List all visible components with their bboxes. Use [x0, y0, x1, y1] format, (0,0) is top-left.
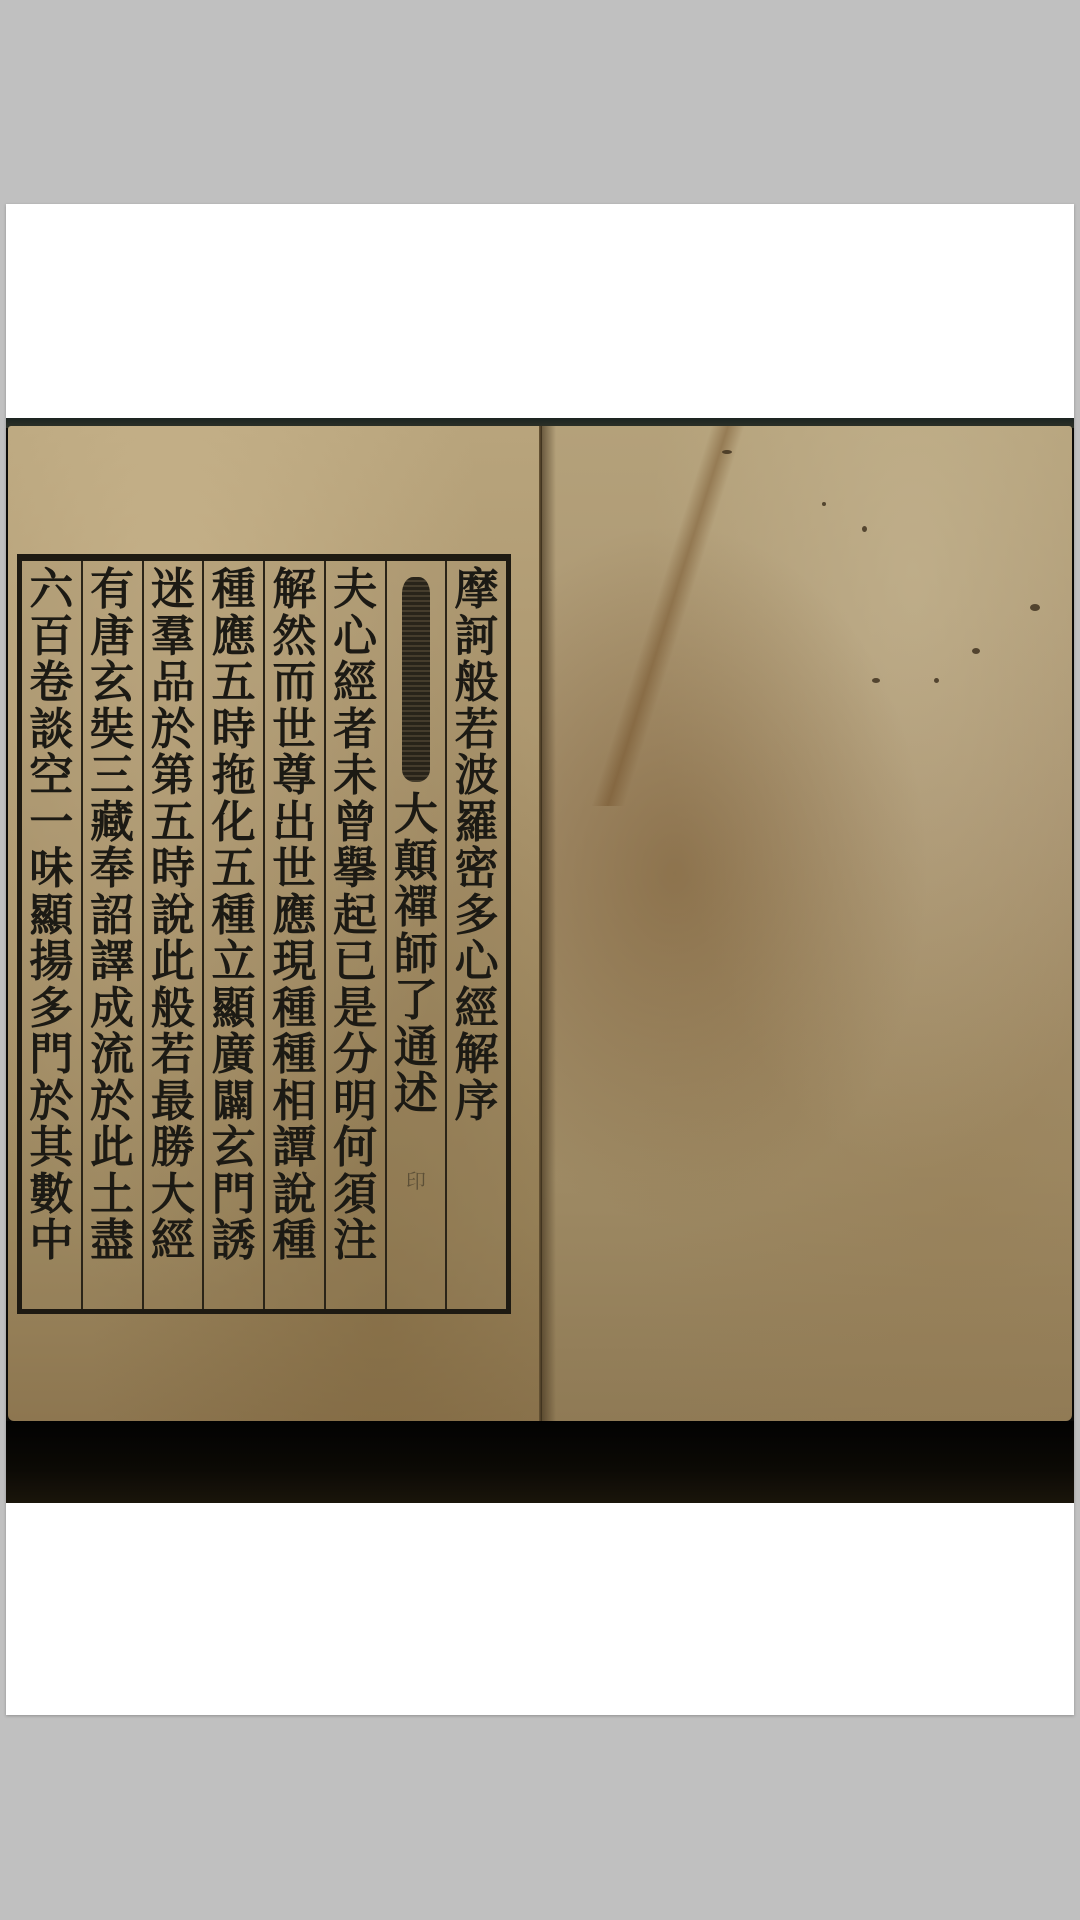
glyph: 未 [326, 753, 385, 800]
glyph: 玄 [204, 1125, 263, 1172]
glyph: 禪 [387, 885, 446, 932]
glyph: 心 [326, 614, 385, 661]
glyph: 經 [144, 1218, 203, 1265]
glyph: 說 [265, 1172, 324, 1219]
title-column: 摩訶般若波羅密多心經解序 [445, 561, 506, 1309]
glyph: 此 [83, 1125, 142, 1172]
glyph: 拖 [204, 753, 263, 800]
glyph: 經 [447, 986, 506, 1033]
body-column: 有唐玄奘三藏奉詔譯成流於此土盡 [81, 561, 142, 1309]
glyph: 已 [326, 939, 385, 986]
glyph: 夫 [326, 567, 385, 614]
left-page: 摩訶般若波羅密多心經解序 大顛禪師了通述印 夫心經者未曾擧起已是分明何須注 解然… [8, 426, 542, 1421]
glyph: 大 [387, 792, 446, 839]
gutter-shadow [542, 426, 556, 1421]
glyph: 六 [22, 567, 81, 614]
glyph: 揚 [22, 939, 81, 986]
glyph: 應 [265, 893, 324, 940]
glyph: 若 [447, 707, 506, 754]
right-page [542, 426, 1072, 1421]
glyph: 而 [265, 660, 324, 707]
glyph: 應 [204, 614, 263, 661]
glyph: 世 [265, 707, 324, 754]
glyph: 種 [204, 567, 263, 614]
glyph: 多 [447, 893, 506, 940]
glyph: 種 [204, 893, 263, 940]
glyph: 通 [387, 1025, 446, 1072]
glyph: 是 [326, 986, 385, 1033]
glyph: 譚 [265, 1125, 324, 1172]
glyph: 唐 [83, 614, 142, 661]
glyph: 羣 [144, 614, 203, 661]
glyph: 數 [22, 1172, 81, 1219]
glyph: 於 [144, 707, 203, 754]
glyph: 說 [144, 893, 203, 940]
body-column: 六百卷談空一味顯揚多門於其數中 [22, 561, 81, 1309]
glyph: 出 [265, 800, 324, 847]
glyph: 了 [387, 978, 446, 1025]
paper-speck [972, 648, 980, 654]
byline-column: 大顛禪師了通述印 [385, 561, 446, 1309]
glyph: 摩 [447, 567, 506, 614]
glyph: 此 [144, 939, 203, 986]
glyph: 中 [22, 1218, 81, 1265]
glyph: 迷 [144, 567, 203, 614]
glyph: 大 [144, 1172, 203, 1219]
glyph: 須 [326, 1172, 385, 1219]
glyph: 曾 [326, 800, 385, 847]
glyph: 心 [447, 939, 506, 986]
glyph: 勝 [144, 1125, 203, 1172]
glyph: 最 [144, 1079, 203, 1126]
glyph: 第 [144, 753, 203, 800]
body-column: 迷羣品於第五時說此般若最勝大經 [142, 561, 203, 1309]
glyph: 注 [326, 1218, 385, 1265]
glyph: 分 [326, 1032, 385, 1079]
image-card: 摩訶般若波羅密多心經解序 大顛禪師了通述印 夫心經者未曾擧起已是分明何須注 解然… [6, 204, 1074, 1715]
glyph: 述 [387, 1071, 446, 1118]
table-surface [6, 1421, 1074, 1503]
glyph: 三 [83, 753, 142, 800]
glyph: 玄 [83, 660, 142, 707]
glyph: 種 [265, 1032, 324, 1079]
fish-tail-ornament-icon [402, 577, 430, 782]
glyph: 品 [144, 660, 203, 707]
glyph: 羅 [447, 800, 506, 847]
glyph: 味 [22, 846, 81, 893]
paper-speck [862, 526, 867, 532]
water-stain [575, 426, 768, 806]
glyph: 解 [265, 567, 324, 614]
glyph: 卷 [22, 660, 81, 707]
glyph: 談 [22, 707, 81, 754]
glyph: 相 [265, 1079, 324, 1126]
printed-text-frame: 摩訶般若波羅密多心經解序 大顛禪師了通述印 夫心經者未曾擧起已是分明何須注 解然… [17, 554, 511, 1314]
glyph: 尊 [265, 753, 324, 800]
glyph: 顯 [204, 986, 263, 1033]
glyph: 明 [326, 1079, 385, 1126]
body-column: 解然而世尊出世應現種種相譚說種 [263, 561, 324, 1309]
glyph: 訶 [447, 614, 506, 661]
body-column: 種應五時拖化五種立顯廣闢玄門誘 [202, 561, 263, 1309]
glyph: 奘 [83, 707, 142, 754]
glyph: 顯 [22, 893, 81, 940]
glyph: 時 [144, 846, 203, 893]
seal-stamp: 印 [387, 1158, 446, 1205]
glyph: 種 [265, 986, 324, 1033]
glyph: 成 [83, 986, 142, 1033]
glyph: 廣 [204, 1032, 263, 1079]
glyph: 百 [22, 614, 81, 661]
image-viewer: 摩訶般若波羅密多心經解序 大顛禪師了通述印 夫心經者未曾擧起已是分明何須注 解然… [0, 0, 1080, 1920]
glyph: 解 [447, 1032, 506, 1079]
glyph: 詔 [83, 893, 142, 940]
body-column: 夫心經者未曾擧起已是分明何須注 [324, 561, 385, 1309]
paper-speck [822, 502, 826, 506]
glyph: 藏 [83, 800, 142, 847]
glyph: 師 [387, 932, 446, 979]
glyph: 五 [204, 846, 263, 893]
glyph: 於 [83, 1079, 142, 1126]
glyph: 其 [22, 1125, 81, 1172]
glyph: 一 [22, 800, 81, 847]
glyph: 奉 [83, 846, 142, 893]
glyph: 有 [83, 567, 142, 614]
glyph: 波 [447, 753, 506, 800]
paper-speck [722, 450, 732, 454]
paper-speck [934, 678, 939, 683]
glyph: 起 [326, 893, 385, 940]
glyph: 若 [144, 1032, 203, 1079]
glyph: 譯 [83, 939, 142, 986]
glyph: 流 [83, 1032, 142, 1079]
glyph: 般 [144, 986, 203, 1033]
text-columns: 摩訶般若波羅密多心經解序 大顛禪師了通述印 夫心經者未曾擧起已是分明何須注 解然… [22, 561, 506, 1309]
glyph: 五 [204, 660, 263, 707]
glyph: 時 [204, 707, 263, 754]
glyph: 門 [22, 1032, 81, 1079]
glyph: 闢 [204, 1079, 263, 1126]
glyph: 種 [265, 1218, 324, 1265]
glyph: 密 [447, 846, 506, 893]
glyph: 顛 [387, 839, 446, 886]
glyph: 者 [326, 707, 385, 754]
paper-speck [872, 678, 880, 683]
glyph: 於 [22, 1079, 81, 1126]
glyph: 然 [265, 614, 324, 661]
glyph: 擧 [326, 846, 385, 893]
glyph: 立 [204, 939, 263, 986]
glyph: 世 [265, 846, 324, 893]
glyph: 五 [144, 800, 203, 847]
glyph: 般 [447, 660, 506, 707]
glyph: 多 [22, 986, 81, 1033]
paper-speck [1030, 604, 1040, 611]
glyph: 土 [83, 1172, 142, 1219]
glyph: 序 [447, 1079, 506, 1126]
glyph: 何 [326, 1125, 385, 1172]
glyph: 門 [204, 1172, 263, 1219]
glyph: 化 [204, 800, 263, 847]
glyph: 現 [265, 939, 324, 986]
glyph: 空 [22, 753, 81, 800]
glyph: 誘 [204, 1218, 263, 1265]
glyph: 盡 [83, 1218, 142, 1265]
book-scan-photo[interactable]: 摩訶般若波羅密多心經解序 大顛禪師了通述印 夫心經者未曾擧起已是分明何須注 解然… [6, 418, 1074, 1503]
glyph: 經 [326, 660, 385, 707]
